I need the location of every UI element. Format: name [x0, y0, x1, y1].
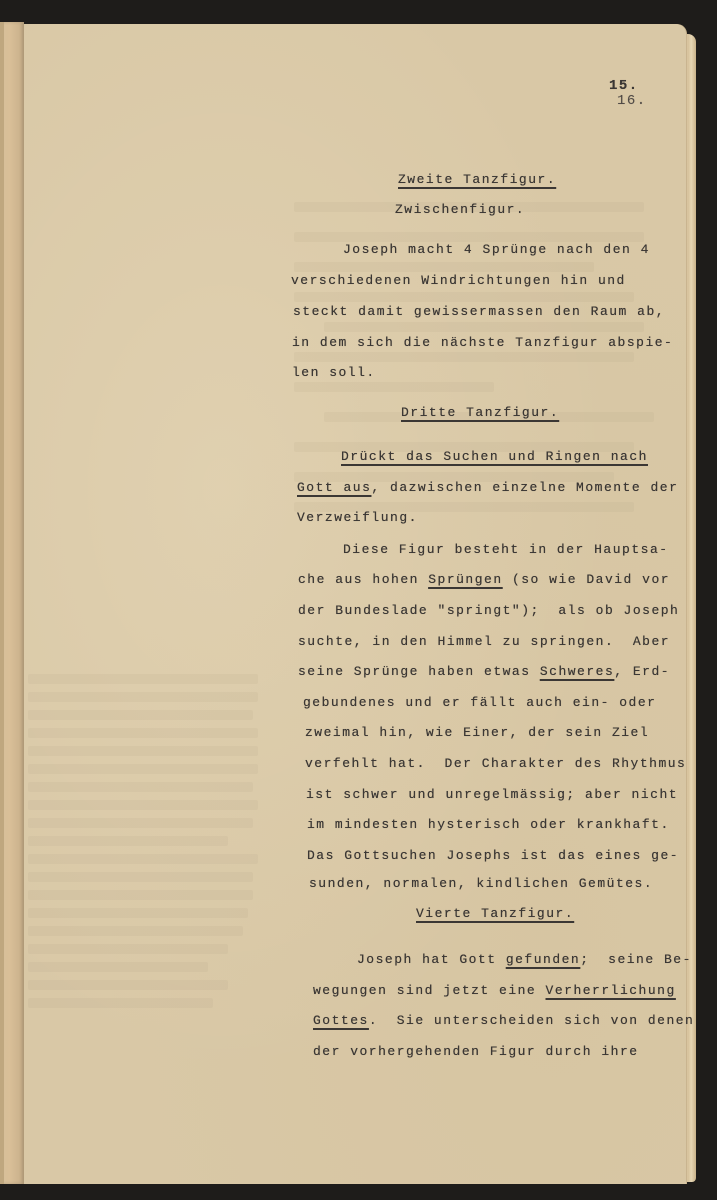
text-line: Verzweiflung.	[297, 510, 418, 525]
text-line: len soll.	[292, 365, 376, 380]
underlined-emphasis: Drückt das Suchen und Ringen nach	[341, 449, 648, 464]
text-line: Diese Figur besteht in der Hauptsa-	[343, 542, 669, 557]
text-line: gebundenes und er fällt auch ein- oder	[303, 695, 656, 710]
ghost-page-number: 16.	[617, 93, 647, 109]
page-number: 15.	[609, 78, 639, 94]
text-line: der Bundeslade "springt"); als ob Joseph	[298, 603, 679, 618]
binding-edge	[0, 22, 4, 1184]
section-heading: Vierte Tanzfigur.	[416, 906, 574, 921]
text-line: Gott aus, dazwischen einzelne Momente de…	[297, 480, 678, 495]
section-subheading: Zwischenfigur.	[395, 202, 525, 217]
text-line: in dem sich die nächste Tanzfigur abspie…	[292, 335, 673, 350]
underlined-emphasis: Gott aus	[297, 480, 371, 495]
section-heading: Dritte Tanzfigur.	[401, 405, 559, 420]
section-heading: Zweite Tanzfigur.	[398, 172, 556, 187]
text-line: Joseph hat Gott gefunden; seine Be-	[357, 952, 692, 967]
underlined-emphasis: gefunden	[506, 952, 580, 967]
text-line: im mindesten hysterisch oder krankhaft.	[307, 817, 670, 832]
underlined-emphasis: Verherrlichung	[546, 983, 676, 998]
text-line: ist schwer und unregelmässig; aber nicht	[306, 787, 678, 802]
text-line: Joseph macht 4 Sprünge nach den 4	[343, 242, 650, 257]
text-line: seine Sprünge haben etwas Schweres, Erd-	[298, 664, 670, 679]
underlined-emphasis: Gottes	[313, 1013, 369, 1028]
underlined-emphasis: Schweres	[540, 664, 614, 679]
text-line: verfehlt hat. Der Charakter des Rhythmus	[305, 756, 686, 771]
text-line: sunden, normalen, kindlichen Gemütes.	[309, 876, 653, 891]
text-line: Drückt das Suchen und Ringen nach	[341, 449, 648, 464]
text-line: verschiedenen Windrichtungen hin und	[291, 273, 626, 288]
text-line: steckt damit gewissermassen den Raum ab,	[293, 304, 665, 319]
underlined-emphasis: Sprüngen	[428, 572, 502, 587]
text-line: Das Gottsuchen Josephs ist das eines ge-	[307, 848, 679, 863]
text-line: che aus hohen Sprüngen (so wie David vor	[298, 572, 670, 587]
text-line: der vorhergehenden Figur durch ihre	[313, 1044, 639, 1059]
text-line: zweimal hin, wie Einer, der sein Ziel	[305, 725, 649, 740]
text-line: Gottes. Sie unterscheiden sich von denen	[313, 1013, 694, 1028]
text-line: suchte, in den Himmel zu springen. Aber	[298, 634, 670, 649]
text-line: wegungen sind jetzt eine Verherrlichung	[313, 983, 676, 998]
